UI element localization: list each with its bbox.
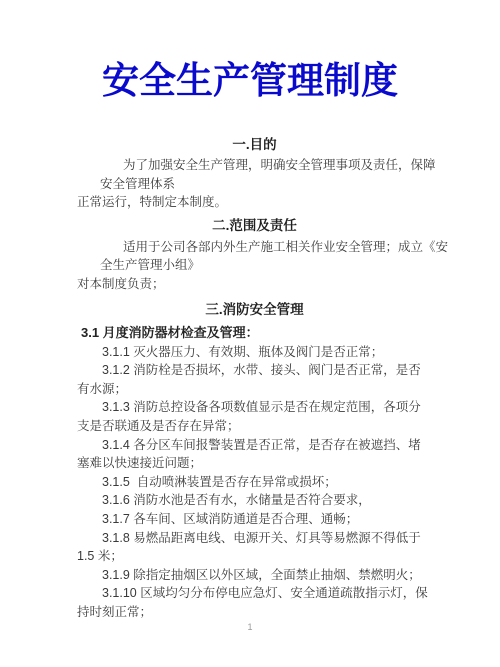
list-item-line: 3.1.10 区域均匀分布停电应急灯、安全通道疏散指示灯，保 (77, 584, 432, 603)
paragraph-line: 适用于公司各部内外生产施工相关作业安全管理；成立《安 (77, 238, 432, 257)
list-item-line: 3.1.4 各分区车间报警装置是否正常，是否存在被遮挡、堵 (77, 436, 432, 455)
list-item-line: 3.1.6 消防水池是否有水，水储量是否符合要求， (77, 491, 432, 510)
list-item-line: 1.5 米； (77, 547, 432, 566)
list-item-line: 有水源； (77, 380, 432, 399)
paragraph-line: 正常运行，特制定本制度。 (77, 193, 432, 212)
list-item-line: 持时刻正常； (77, 603, 432, 622)
list-item-line: 塞难以快速接近问题； (77, 454, 432, 473)
paragraph-line: 为了加强安全生产管理，明确安全管理事项及责任，保障 (77, 156, 432, 175)
document-page: 安全生产管理制度 一.目的 为了加强安全生产管理，明确安全管理事项及责任，保障 … (0, 0, 500, 667)
section-heading-fire-safety: 三.消防安全管理 (77, 300, 432, 319)
list-item-line: 支是否联通及是否存在异常； (77, 417, 432, 436)
paragraph-line: 安全管理体系 (77, 175, 432, 194)
list-item-line: 3.1.5 自动喷淋装置是否存在异常或损坏； (77, 473, 432, 492)
section-heading-scope: 二.范围及责任 (77, 216, 432, 235)
list-item-line: 3.1.8 易燃品距离电线、电源开关、灯具等易燃源不得低于 (77, 529, 432, 548)
doc-content: 一.目的 为了加强安全生产管理，明确安全管理事项及责任，保障 安全管理体系 正常… (0, 135, 500, 621)
subsection-heading-monthly-inspection: 3.1 月度消防器材检查及管理： (77, 323, 432, 342)
list-item-line: 3.1.3 消防总控设备各项数值显示是否在规定范围，各项分 (77, 398, 432, 417)
list-item-line: 3.1.1 灭火器压力、有效期、瓶体及阀门是否正常； (77, 343, 432, 362)
doc-title: 安全生产管理制度 (0, 56, 500, 106)
paragraph-line: 对本制度负责； (77, 275, 432, 294)
page-number: 1 (0, 622, 500, 632)
paragraph-line: 全生产管理小组》 (77, 256, 432, 275)
section-heading-purpose: 一.目的 (77, 135, 432, 154)
list-item-line: 3.1.2 消防栓是否损坏，水带、接头、阀门是否正常，是否 (77, 361, 432, 380)
list-item-line: 3.1.7 各车间、区域消防通道是否合理、通畅； (77, 510, 432, 529)
list-item-line: 3.1.9 除指定抽烟区以外区域，全面禁止抽烟、禁燃明火； (77, 566, 432, 585)
